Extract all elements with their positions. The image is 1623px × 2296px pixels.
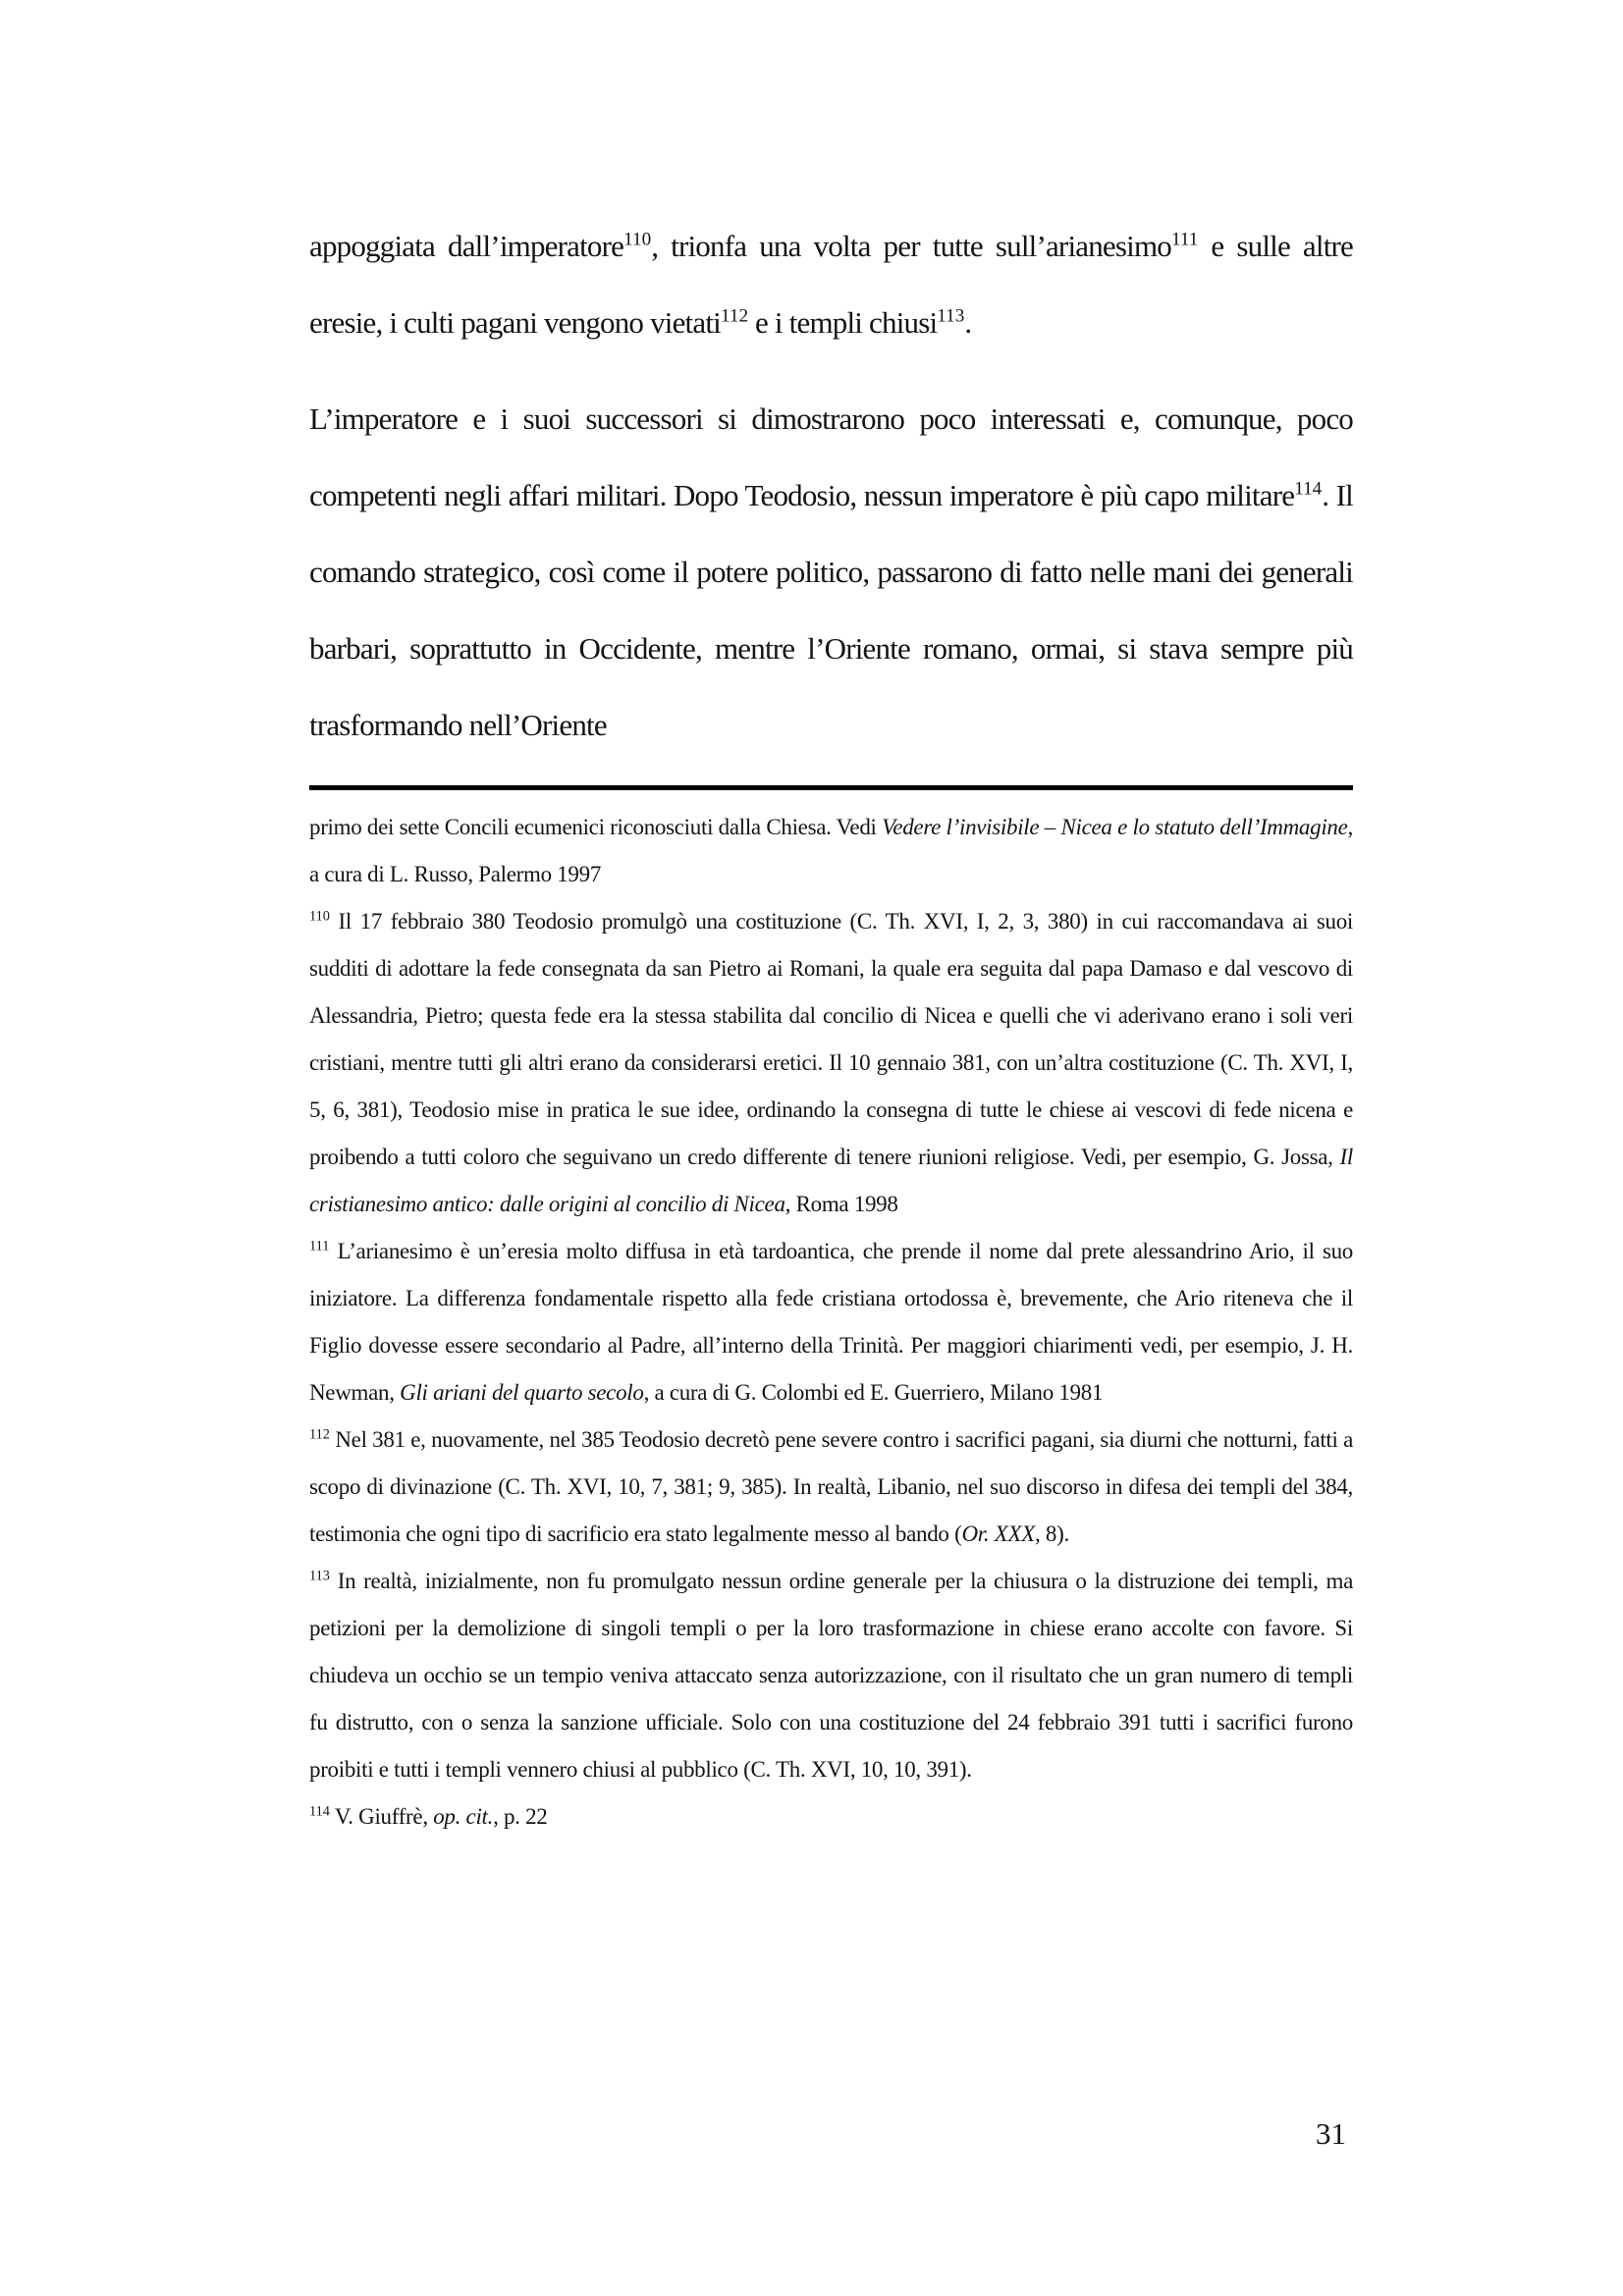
page-number: 31 xyxy=(1316,2116,1346,2152)
text-block: appoggiata dall’imperatore110, trionfa u… xyxy=(309,208,1353,1841)
footnote-item-110: 110 Il 17 febbraio 380 Teodosio promulgò… xyxy=(309,898,1353,1228)
footnotes-section: primo dei sette Concili ecumenici ricono… xyxy=(309,804,1353,1841)
body-text: appoggiata dall’imperatore110, trionfa u… xyxy=(309,208,1353,764)
text-run: e i templi chiusi xyxy=(748,305,937,340)
text-run: . Il comando strategico, così come il po… xyxy=(309,478,1353,742)
text-run: Nel 381 e, nuovamente, nel 385 Teodosio … xyxy=(309,1427,1353,1546)
footnote-reference: 111 xyxy=(1171,230,1198,250)
footnote-reference: 113 xyxy=(937,306,964,327)
document-page: appoggiata dall’imperatore110, trionfa u… xyxy=(0,0,1623,2296)
text-run: primo dei sette Concili ecumenici ricono… xyxy=(309,815,882,839)
footnote-item-112: 112 Nel 381 e, nuovamente, nel 385 Teodo… xyxy=(309,1416,1353,1558)
footnote-number: 113 xyxy=(309,1568,330,1583)
text-run: appoggiata dall’imperatore xyxy=(309,229,623,263)
footnote-item-114: 114 V. Giuffrè, op. cit., p. 22 xyxy=(309,1793,1353,1841)
text-run: Il 17 febbraio 380 Teodosio promulgò una… xyxy=(309,909,1353,1169)
italic-text: op. cit. xyxy=(433,1804,493,1829)
footnote-reference: 114 xyxy=(1294,479,1322,500)
footnote-number: 111 xyxy=(309,1238,329,1254)
footnote-reference: 112 xyxy=(721,306,748,327)
text-run: V. Giuffrè, xyxy=(335,1804,433,1829)
footnote-item-113: 113 In realtà, inizialmente, non fu prom… xyxy=(309,1558,1353,1793)
text-run: , a cura di G. Colombi ed E. Guerriero, … xyxy=(644,1380,1104,1405)
text-run: . xyxy=(964,305,971,340)
body-paragraph: appoggiata dall’imperatore110, trionfa u… xyxy=(309,208,1353,361)
text-run: L’imperatore e i suoi successori si dimo… xyxy=(309,401,1353,512)
italic-text: Or. XXX xyxy=(961,1522,1035,1546)
footnote-number: 114 xyxy=(309,1803,330,1819)
text-run: , Roma 1998 xyxy=(785,1192,898,1216)
text-run: , 8). xyxy=(1035,1522,1069,1546)
text-run: , trionfa una volta per tutte sull’arian… xyxy=(651,229,1171,263)
footnote-separator xyxy=(309,785,1353,790)
footnote-continuation: primo dei sette Concili ecumenici ricono… xyxy=(309,804,1353,898)
footnote-number: 110 xyxy=(309,908,330,924)
text-run: , p. 22 xyxy=(493,1804,547,1829)
footnote-number: 112 xyxy=(309,1426,330,1442)
italic-text: Vedere l’invisibile – Nicea e lo statuto… xyxy=(882,815,1347,839)
text-run: In realtà, inizialmente, non fu promulga… xyxy=(309,1569,1353,1782)
body-paragraph: L’imperatore e i suoi successori si dimo… xyxy=(309,381,1353,764)
italic-text: Gli ariani del quarto secolo xyxy=(400,1380,643,1405)
footnote-reference: 110 xyxy=(623,230,651,250)
footnote-item-111: 111 L’arianesimo è un’eresia molto diffu… xyxy=(309,1228,1353,1416)
